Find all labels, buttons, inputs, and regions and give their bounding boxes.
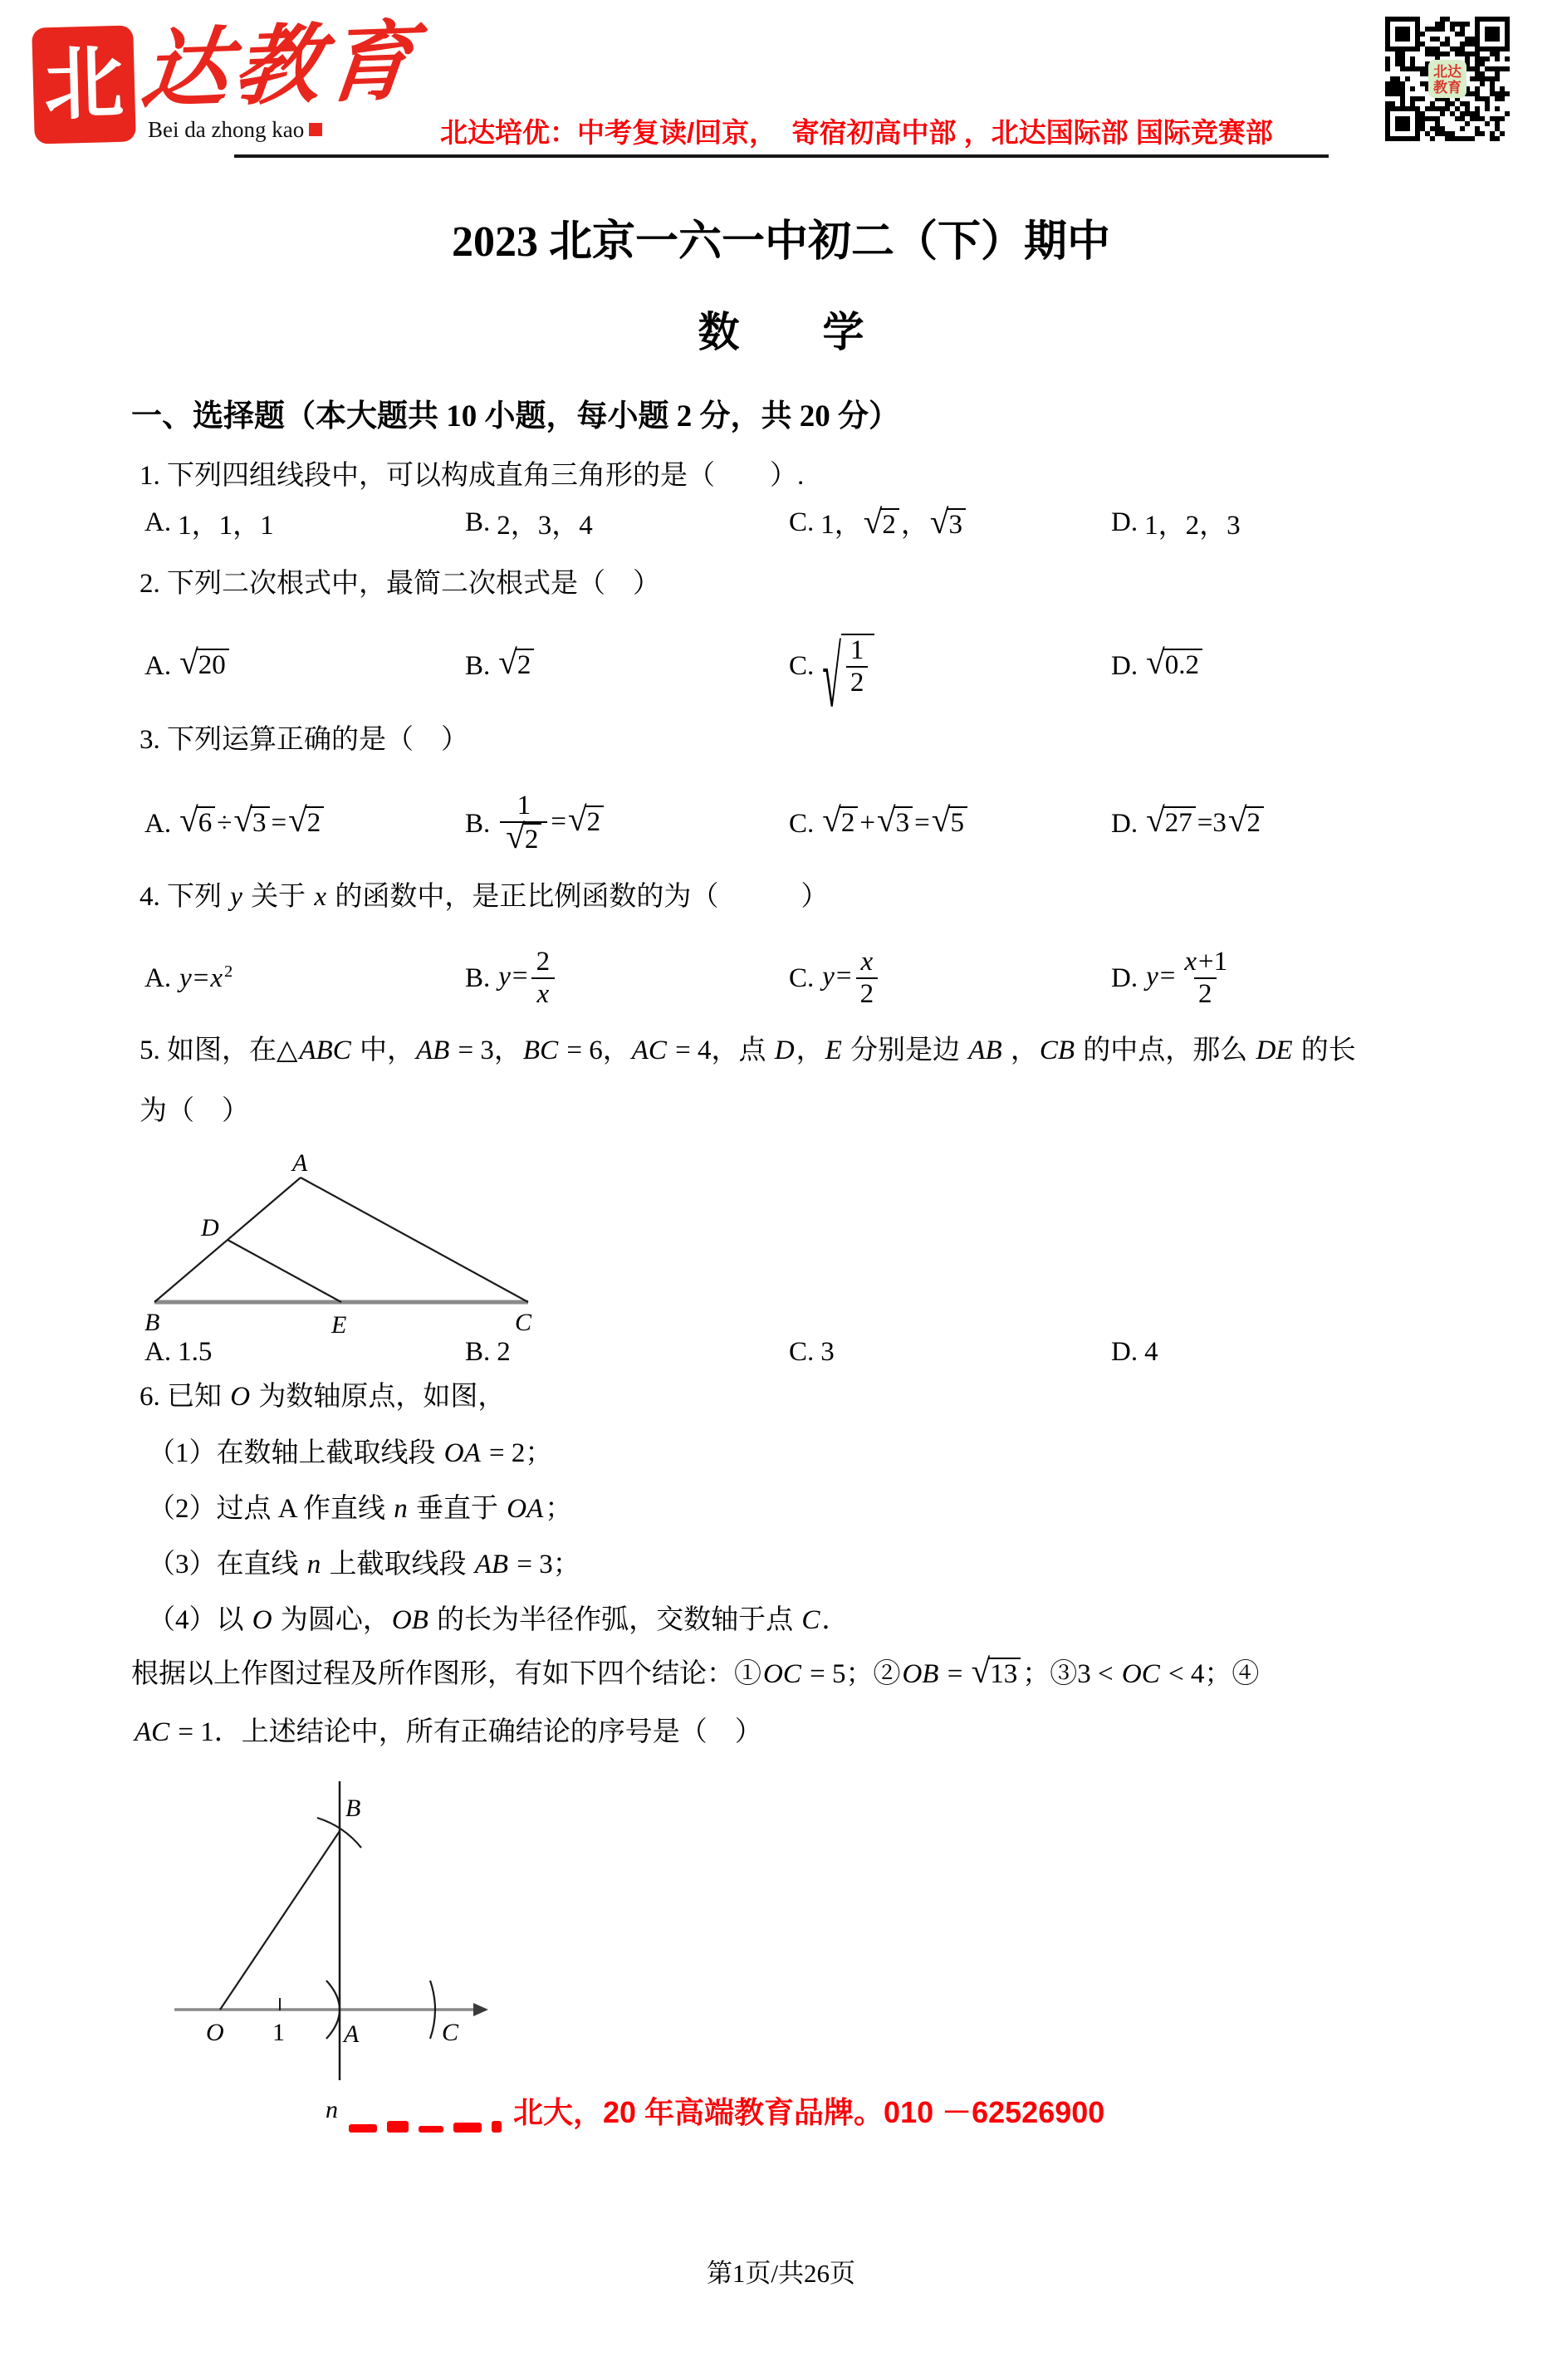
fraction-expression: 2x bbox=[531, 947, 556, 1010]
q5-option-d: D.4 bbox=[1111, 1333, 1158, 1371]
number-line-arrow bbox=[473, 2003, 488, 2016]
sqrt-expression: √13 bbox=[972, 1658, 1021, 1692]
ad-obscured-fragments bbox=[349, 2108, 502, 2133]
ad-fragment bbox=[349, 2124, 377, 2133]
qr-center-label: 教育 bbox=[1433, 79, 1462, 95]
sqrt-expression: √2 bbox=[506, 823, 541, 857]
numberline-label-a: A bbox=[342, 2020, 360, 2048]
q1-option-b: B.2，3，4 bbox=[465, 497, 593, 548]
sqrt-expression: √2 bbox=[498, 649, 534, 683]
sqrt-expression: √0.2 bbox=[1146, 649, 1202, 683]
numberline-label-b: B bbox=[345, 1795, 360, 1822]
q5-option-c: C.3 bbox=[789, 1333, 835, 1371]
option-value: √2+√3=√5 bbox=[820, 806, 969, 840]
brand-calligraphy: 达教育 bbox=[137, 15, 423, 120]
brand-latin-text: Bei da zhong kao bbox=[148, 117, 304, 143]
question-3-options: A.√6÷√3=√2 B.1√2=√2 C.√2+√3=√5 D.√27=3√2 bbox=[0, 784, 1562, 864]
option-label: D. bbox=[1111, 963, 1138, 994]
subject-title: 数 学 bbox=[0, 299, 1562, 359]
question-1-stem: 1. 下列四组线段中，可以构成直角三角形的是（ ）. bbox=[140, 458, 804, 495]
sqrt-expression: √2 bbox=[1228, 806, 1264, 840]
numberline-figure: B O 1 A C n bbox=[166, 1773, 498, 2130]
option-value: 2 bbox=[497, 1337, 511, 1368]
q2-option-c: C.√12 bbox=[789, 623, 876, 709]
question-2-stem: 2. 下列二次根式中，最简二次根式是（ ） bbox=[140, 566, 660, 603]
sqrt-expression: √20 bbox=[179, 649, 229, 683]
question-6-step2: （2）过点 A 作直线 n 垂直于 OA； bbox=[148, 1491, 572, 1528]
q2-option-b: B.√2 bbox=[465, 623, 536, 709]
section-heading: 一、选择题（本大题共 10 小题，每小题 2 分，共 20 分） bbox=[131, 390, 899, 435]
page-number: 第1页/共26页 bbox=[0, 2252, 1562, 2289]
question-4-options: A.y=x2 B.y=2x C.y=x2 D.y=x+12 bbox=[0, 938, 1562, 1018]
option-label: A. bbox=[144, 809, 171, 840]
fraction-expression: x+12 bbox=[1178, 947, 1231, 1010]
option-label: A. bbox=[144, 507, 171, 538]
question-5-stem: 5. 如图，在△ABC 中，AB = 3，BC = 6，AC = 4，点 D，E… bbox=[140, 1032, 1356, 1070]
option-value: √27=3√2 bbox=[1144, 806, 1266, 840]
q3-option-b: B.1√2=√2 bbox=[465, 784, 605, 864]
question-4-stem: 4. 下列 y 关于 x 的函数中，是正比例函数的为（ ） bbox=[140, 879, 828, 916]
option-label: C. bbox=[789, 651, 814, 682]
header-slogan: 北达培优：中考复读/回京， 寄宿初高中部 ，北达国际部 国际竞赛部 bbox=[440, 111, 1273, 150]
question-5-stem-line2: 为（ ） bbox=[140, 1093, 249, 1130]
numberline-label-o: O bbox=[206, 2019, 224, 2046]
option-value: y=x+12 bbox=[1144, 947, 1235, 1010]
ad-text: 北大，20 年高端教育品牌。010 －62526900 bbox=[513, 2089, 1104, 2132]
sqrt-expression: √2 bbox=[822, 806, 858, 840]
sqrt-expression: √3 bbox=[877, 806, 913, 840]
option-label: A. bbox=[144, 1337, 171, 1368]
question-6-conclusion-line2: AC = 1．上述结论中，所有正确结论的序号是（ ） bbox=[133, 1714, 762, 1751]
q4-option-c: C.y=x2 bbox=[789, 938, 882, 1018]
option-label: A. bbox=[144, 651, 171, 682]
option-label: C. bbox=[789, 809, 814, 840]
triangle-figure: A D B E C bbox=[140, 1146, 555, 1341]
sqrt-expression: √27 bbox=[1146, 806, 1196, 840]
option-value: 1，1，1 bbox=[178, 503, 274, 542]
fraction-expression: 12 bbox=[846, 635, 869, 698]
option-label: B. bbox=[465, 809, 490, 840]
numberline-label-c: C bbox=[442, 2019, 459, 2046]
option-label: D. bbox=[1111, 651, 1138, 682]
option-label: B. bbox=[465, 1337, 490, 1368]
option-value: √20 bbox=[178, 649, 231, 683]
numberline-label-1: 1 bbox=[272, 2019, 285, 2046]
fraction-expression: x2 bbox=[855, 947, 879, 1010]
option-label: A. bbox=[144, 963, 171, 994]
ad-fragment bbox=[453, 2123, 482, 2133]
sqrt-expression: √5 bbox=[932, 806, 967, 840]
sqrt-expression: √2 bbox=[568, 806, 604, 840]
option-value: y=x2 bbox=[178, 963, 233, 994]
q1-option-d: D.1，2，3 bbox=[1111, 497, 1241, 548]
ad-fragment bbox=[419, 2126, 443, 2133]
option-value: 1，2，3 bbox=[1144, 503, 1241, 542]
option-value: √12 bbox=[820, 634, 876, 698]
sqrt-expression: √3 bbox=[930, 508, 966, 542]
segment-ob bbox=[220, 1831, 340, 2010]
question-1-options: A.1，1，1 B.2，3，4 C.1，√2，√3 D.1，2，3 bbox=[0, 497, 1562, 548]
triangle-side-ac bbox=[301, 1178, 528, 1302]
option-value: 1√2=√2 bbox=[497, 791, 605, 857]
question-6-conclusion: 根据以上作图过程及所作图形，有如下四个结论：①OC = 5；②OB = √13；… bbox=[131, 1656, 1259, 1693]
option-label: D. bbox=[1111, 809, 1138, 840]
sqrt-expression: √3 bbox=[233, 806, 269, 840]
exam-page: 北 达教育 Bei da zhong kao 北达培优：中考复读/回京， 寄宿初… bbox=[0, 0, 1562, 2380]
option-label: C. bbox=[789, 963, 814, 994]
qr-code-svg: 北达教育 bbox=[1385, 17, 1510, 141]
q5-option-a: A.1.5 bbox=[144, 1333, 212, 1371]
option-label: B. bbox=[465, 963, 490, 994]
option-label: D. bbox=[1111, 507, 1138, 538]
q4-option-b: B.y=2x bbox=[465, 938, 558, 1018]
option-label: C. bbox=[789, 507, 814, 538]
q5-option-b: B.2 bbox=[465, 1333, 511, 1371]
option-label: B. bbox=[465, 651, 490, 682]
q1-option-a: A.1，1，1 bbox=[144, 497, 274, 548]
fraction-expression: 1√2 bbox=[500, 791, 547, 857]
q4-option-d: D.y=x+12 bbox=[1111, 938, 1235, 1018]
option-value: 1，√2，√3 bbox=[820, 502, 967, 542]
option-label: B. bbox=[465, 507, 490, 538]
question-5-options: A.1.5 B.2 C.3 D.4 bbox=[0, 1333, 1562, 1371]
option-label: C. bbox=[789, 1337, 814, 1368]
option-value: √2 bbox=[497, 649, 536, 683]
numberline-label-n: n bbox=[326, 2096, 338, 2123]
brand-red-square bbox=[309, 123, 322, 136]
sqrt-expression: √2 bbox=[288, 806, 324, 840]
question-6-step3: （3）在直线 n 上截取线段 AB = 3； bbox=[148, 1546, 580, 1584]
option-value: y=2x bbox=[497, 947, 558, 1010]
sqrt-expression: √12 bbox=[822, 634, 874, 698]
option-value: √0.2 bbox=[1144, 649, 1204, 683]
option-value: 2，3，4 bbox=[497, 503, 593, 542]
q3-option-a: A.√6÷√3=√2 bbox=[144, 784, 326, 864]
q2-option-a: A.√20 bbox=[144, 623, 231, 709]
sqrt-expression: √2 bbox=[864, 508, 899, 542]
question-6-step1: （1）在数轴上截取线段 OA = 2； bbox=[148, 1435, 552, 1472]
q2-option-d: D.√0.2 bbox=[1111, 623, 1204, 709]
question-3-stem: 3. 下列运算正确的是（ ） bbox=[140, 722, 468, 759]
question-6-stem: 6. 已知 O 为数轴原点，如图， bbox=[140, 1379, 505, 1416]
ad-fragment bbox=[492, 2121, 502, 2133]
option-value: 3 bbox=[820, 1337, 835, 1368]
brand-seal-logo: 北 bbox=[33, 27, 135, 142]
triangle-label-d: D bbox=[200, 1214, 219, 1241]
qr-center-label: 北达 bbox=[1433, 63, 1462, 80]
option-value: y=x2 bbox=[820, 947, 882, 1010]
question-6-step4: （4）以 O 为圆心，OB 的长为半径作弧，交数轴于点 C． bbox=[148, 1602, 849, 1639]
q4-option-a: A.y=x2 bbox=[144, 938, 233, 1018]
option-label: D. bbox=[1111, 1337, 1138, 1368]
option-value: √6÷√3=√2 bbox=[178, 806, 326, 840]
ad-fragment bbox=[387, 2121, 409, 2133]
sqrt-expression: √6 bbox=[179, 806, 215, 840]
question-2-options: A.√20 B.√2 C.√12 D.√0.2 bbox=[0, 623, 1562, 709]
seal-character: 北 bbox=[43, 44, 125, 125]
q3-option-d: D.√27=3√2 bbox=[1111, 784, 1266, 864]
option-value: 1.5 bbox=[178, 1337, 212, 1368]
q3-option-c: C.√2+√3=√5 bbox=[789, 784, 969, 864]
q1-option-c: C.1，√2，√3 bbox=[789, 497, 967, 548]
triangle-label-a: A bbox=[291, 1149, 308, 1177]
page-title: 2023 北京一六一中初二（下）期中 bbox=[0, 206, 1562, 268]
header-rule bbox=[234, 154, 1329, 158]
option-value: 4 bbox=[1144, 1337, 1158, 1368]
triangle-segment-de bbox=[228, 1240, 341, 1302]
